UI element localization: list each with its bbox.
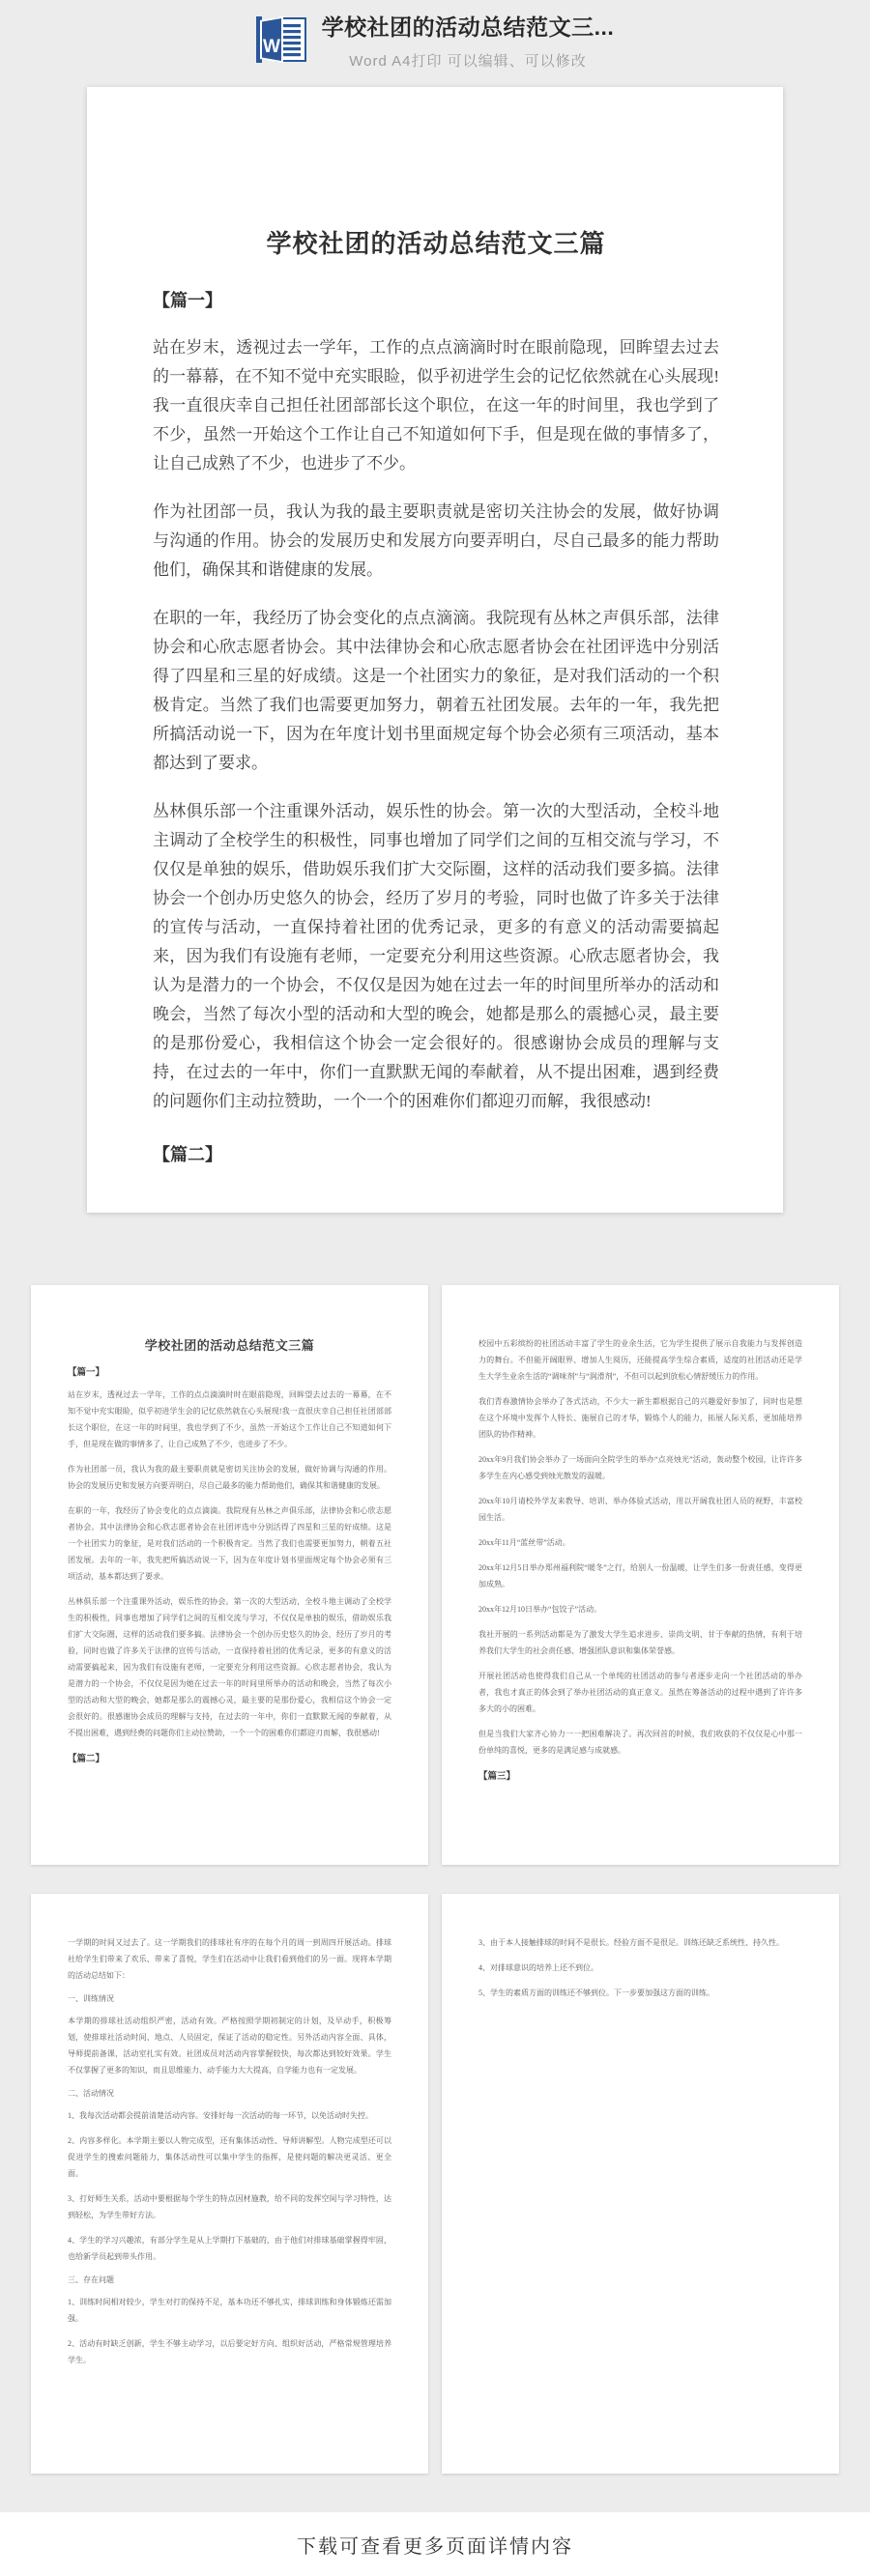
section-heading: 三、存在问题 — [68, 2275, 391, 2285]
paragraph: 2、活动有时缺乏创新，学生不够主动学习，以后要定好方向、组织好活动，严格常规管理… — [68, 2335, 391, 2368]
section-heading: 一、训练情况 — [68, 1993, 391, 2004]
paragraph: 作为社团部一员，我认为我的最主要职责就是密切关注协会的发展，做好协调与沟通的作用… — [68, 1461, 391, 1494]
header: W 学校社团的活动总结范文三... Word A4打印 可以编辑、可以修改 — [0, 0, 870, 87]
page-thumbnails-grid: 学校社团的活动总结范文三篇 【篇一】站在岁末，透视过去一学年，工作的点点滴滴时时… — [0, 1285, 870, 2474]
paragraph: 丛林俱乐部一个注重课外活动，娱乐性的协会。第一次的大型活动，全校斗地主调动了全校… — [153, 797, 719, 1116]
footer-bar: 下载可查看更多页面详情内容 — [0, 2512, 870, 2576]
thumbnail-3-body: 一学期的时间又过去了。这一学期我们的排球社有序的在每个月的周一到周四开展活动。排… — [68, 1934, 391, 2368]
thumbnail-2-body: 校园中五彩缤纷的社团活动丰富了学生的业余生活，它为学生提供了展示自我能力与发挥创… — [478, 1335, 802, 1782]
paragraph: 20xx年11月“蓝丝带”活动。 — [478, 1534, 802, 1551]
document-title-small: 学校社团的活动总结范文三篇 — [68, 1335, 391, 1354]
paragraph: 2、内容多样化。本学期主要以人物完成型，还有集体活动性、导师讲解型。人物完成型还… — [68, 2132, 391, 2182]
section-heading: 二、活动情况 — [68, 2088, 391, 2099]
page-thumbnail-3[interactable]: 一学期的时间又过去了。这一学期我们的排球社有序的在每个月的周一到周四开展活动。排… — [31, 1894, 428, 2474]
paragraph: 在职的一年，我经历了协会变化的点点滴滴。我院现有丛林之声俱乐部，法律协会和心欣志… — [68, 1503, 391, 1585]
paragraph: 在职的一年，我经历了协会变化的点点滴滴。我院现有丛林之声俱乐部，法律协会和心欣志… — [153, 604, 719, 778]
paragraph: 20xx年12月10日举办“包饺子”活动。 — [478, 1601, 802, 1617]
download-more-prompt[interactable]: 下载可查看更多页面详情内容 — [297, 2531, 573, 2559]
paragraph: 20xx年12月5日举办郑州福利院“暖冬”之行，给别人一份温暖，让学生们多一份责… — [478, 1560, 802, 1592]
section-heading: 【篇一】 — [68, 1364, 391, 1378]
paragraph: 5、学生的素质方面的训练还不够到位。下一步要加强这方面的训练。 — [478, 1985, 802, 2001]
thumbnail-1-body: 【篇一】站在岁末，透视过去一学年，工作的点点滴滴时时在眼前隐现，回眸望去过去的一… — [68, 1364, 391, 1764]
paragraph: 20xx年10月请校外学友来教导、培训、举办体验式活动，用以开阔我社团人员的视野… — [478, 1493, 802, 1526]
file-format-note: Word A4打印 可以编辑、可以修改 — [322, 50, 615, 71]
section-heading: 【篇一】 — [153, 287, 719, 312]
paragraph: 一学期的时间又过去了。这一学期我们的排球社有序的在每个月的周一到周四开展活动。排… — [68, 1934, 391, 1984]
header-text-block: 学校社团的活动总结范文三... Word A4打印 可以编辑、可以修改 — [322, 13, 615, 71]
paragraph: 3、由于本人接触排球的时间不是很长。经验方面不是很足。训练还缺乏系统性、持久性。 — [478, 1934, 802, 1951]
paragraph: 4、学生的学习兴趣浓，有部分学生是从上学期打下基础的，由于他们对排球基础掌握得牢… — [68, 2232, 391, 2265]
section-heading: 【篇二】 — [153, 1141, 719, 1166]
word-file-icon: W — [256, 15, 308, 64]
svg-text:W: W — [263, 37, 280, 57]
file-title: 学校社团的活动总结范文三... — [322, 13, 615, 42]
paragraph: 本学期的排球社活动组织严密，活动有效。严格按照学期初制定的计划，及早动手，积极筹… — [68, 2013, 391, 2078]
paragraph: 1、我每次活动都会提前清楚活动内容。安排好每一次活动的每一环节，以免活动时失控。 — [68, 2107, 391, 2124]
section-heading: 【篇二】 — [68, 1751, 391, 1764]
paragraph: 校园中五彩缤纷的社团活动丰富了学生的业余生活，它为学生提供了展示自我能力与发挥创… — [478, 1335, 802, 1385]
paragraph: 3、打好师生关系，活动中要根据每个学生的特点因材施教，给不同的发挥空间与学习特性… — [68, 2190, 391, 2223]
paragraph: 我们青春激情协会举办了各式活动，不少大一新生都根据自己的兴趣爱好参加了，同时也是… — [478, 1393, 802, 1443]
page-thumbnail-1[interactable]: 学校社团的活动总结范文三篇 【篇一】站在岁末，透视过去一学年，工作的点点滴滴时时… — [31, 1285, 428, 1865]
paragraph: 1、训练时间相对较少，学生对打的保持不足，基本功还不够扎实，排球训练和身体锻炼还… — [68, 2294, 391, 2327]
paragraph: 站在岁末，透视过去一学年，工作的点点滴滴时时在眼前隐现，回眸望去过去的一幕幕，在… — [68, 1387, 391, 1452]
page-thumbnail-2[interactable]: 校园中五彩缤纷的社团活动丰富了学生的业余生活，它为学生提供了展示自我能力与发挥创… — [442, 1285, 839, 1865]
paragraph: 站在岁末，透视过去一学年，工作的点点滴滴时时在眼前隐现，回眸望去过去的一幕幕，在… — [153, 333, 719, 478]
paragraph: 我社开展的一系列活动都是为了激发大学生追求进步、崇尚文明、甘于奉献的热情，有利于… — [478, 1626, 802, 1659]
document-title: 学校社团的活动总结范文三篇 — [153, 224, 719, 260]
document-preview-page-1: 学校社团的活动总结范文三篇 【篇一】站在岁末，透视过去一学年，工作的点点滴滴时时… — [87, 87, 783, 1213]
page-thumbnail-4[interactable]: 3、由于本人接触排球的时间不是很长。经验方面不是很足。训练还缺乏系统性、持久性。… — [442, 1894, 839, 2474]
paragraph: 4、对排球意识的培养上还不到位。 — [478, 1960, 802, 1976]
preview-area: 学校社团的活动总结范文三篇 【篇一】站在岁末，透视过去一学年，工作的点点滴滴时时… — [0, 87, 870, 2474]
paragraph: 20xx年9月我们协会举办了一场面向全院学生的举办“点亮烛光”活动，轰动整个校园… — [478, 1451, 802, 1484]
document-body: 【篇一】站在岁末，透视过去一学年，工作的点点滴滴时时在眼前隐现，回眸望去过去的一… — [153, 287, 719, 1166]
paragraph: 开展社团活动也使得我们自己从一个单纯的社团活动的参与者逐步走向一个社团活动的举办… — [478, 1668, 802, 1717]
thumbnail-4-body: 3、由于本人接触排球的时间不是很长。经验方面不是很足。训练还缺乏系统性、持久性。… — [478, 1934, 802, 2001]
paragraph: 作为社团部一员，我认为我的最主要职责就是密切关注协会的发展，做好协调与沟通的作用… — [153, 498, 719, 585]
paragraph: 但是当我们大家齐心协力一一把困难解决了。再次回首的时候，我们收获的不仅仅是心中那… — [478, 1726, 802, 1759]
section-heading: 【篇三】 — [478, 1768, 802, 1782]
paragraph: 丛林俱乐部一个注重课外活动，娱乐性的协会。第一次的大型活动，全校斗地主调动了全校… — [68, 1593, 391, 1741]
